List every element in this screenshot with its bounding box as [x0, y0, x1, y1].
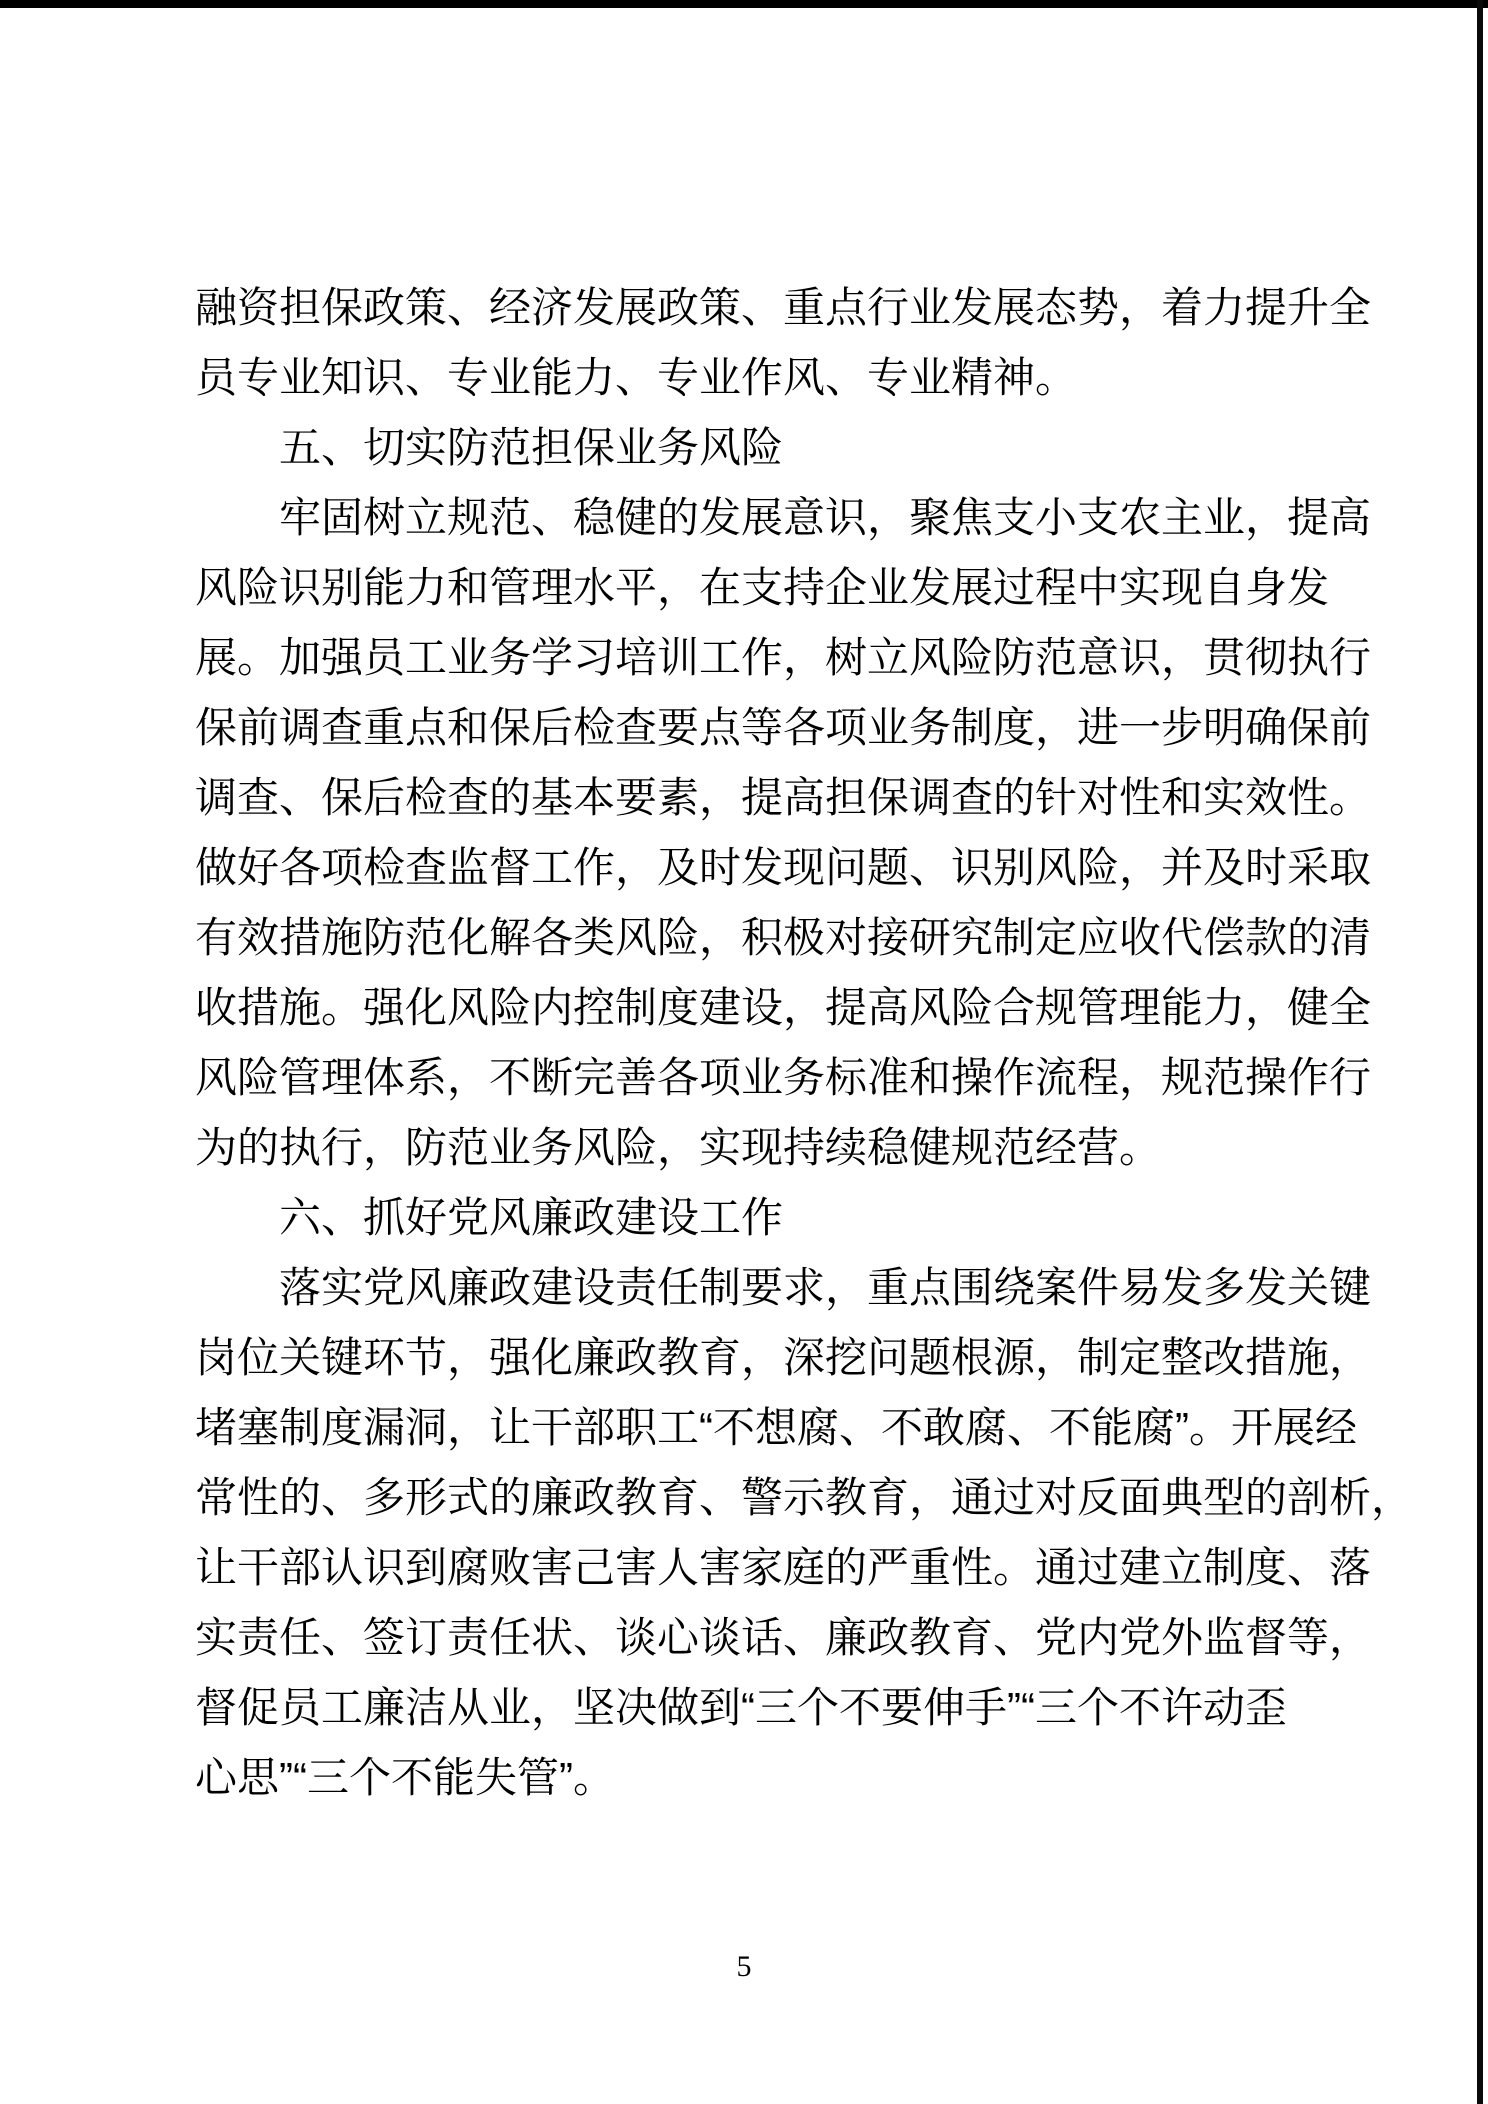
body-text-line: 让干部认识到腐败害己害人害家庭的严重性。通过建立制度、落 [195, 1533, 1385, 1603]
body-text-line: 督促员工廉洁从业，坚决做到“三个不要伸手”“三个不许动歪 [195, 1673, 1385, 1743]
body-text-line: 保前调查重点和保后检查要点等各项业务制度，进一步明确保前 [195, 693, 1385, 763]
body-text-line: 有效措施防范化解各类风险，积极对接研究制定应收代偿款的清 [195, 903, 1385, 973]
body-text-line: 常性的、多形式的廉政教育、警示教育，通过对反面典型的剖析， [195, 1463, 1385, 1533]
body-text-line: 做好各项检查监督工作，及时发现问题、识别风险，并及时采取 [195, 833, 1385, 903]
document-body: 融资担保政策、经济发展政策、重点行业发展态势，着力提升全 员专业知识、专业能力、… [195, 273, 1385, 1813]
body-text-line: 融资担保政策、经济发展政策、重点行业发展态势，着力提升全 [195, 273, 1385, 343]
body-text-line: 风险识别能力和管理水平，在支持企业发展过程中实现自身发 [195, 553, 1385, 623]
body-text-line: 岗位关键环节，强化廉政教育，深挖问题根源，制定整改措施， [195, 1323, 1385, 1393]
body-text-line: 员专业知识、专业能力、专业作风、专业精神。 [195, 343, 1385, 413]
body-text-line: 堵塞制度漏洞，让干部职工“不想腐、不敢腐、不能腐”。开展经 [195, 1393, 1385, 1463]
scan-edge-top [0, 0, 1488, 8]
body-text-line: 展。加强员工业务学习培训工作，树立风险防范意识，贯彻执行 [195, 623, 1385, 693]
body-text-line: 为的执行，防范业务风险，实现持续稳健规范经营。 [195, 1113, 1385, 1183]
page-number: 5 [0, 1950, 1488, 1984]
body-text-line: 牢固树立规范、稳健的发展意识，聚焦支小支农主业，提高 [195, 483, 1385, 553]
body-text-line: 风险管理体系，不断完善各项业务标准和操作流程，规范操作行 [195, 1043, 1385, 1113]
body-text-line: 落实党风廉政建设责任制要求，重点围绕案件易发多发关键 [195, 1253, 1385, 1323]
document-page: 融资担保政策、经济发展政策、重点行业发展态势，着力提升全 员专业知识、专业能力、… [0, 0, 1488, 2104]
body-text-line: 实责任、签订责任状、谈心谈话、廉政教育、党内党外监督等， [195, 1603, 1385, 1673]
section-heading: 六、抓好党风廉政建设工作 [195, 1183, 1385, 1253]
body-text-line: 收措施。强化风险内控制度建设，提高风险合规管理能力，健全 [195, 973, 1385, 1043]
body-text-line: 调查、保后检查的基本要素，提高担保调查的针对性和实效性。 [195, 763, 1385, 833]
body-text-line: 心思”“三个不能失管”。 [195, 1743, 1385, 1813]
scan-edge-right [1477, 0, 1483, 2104]
section-heading: 五、切实防范担保业务风险 [195, 413, 1385, 483]
